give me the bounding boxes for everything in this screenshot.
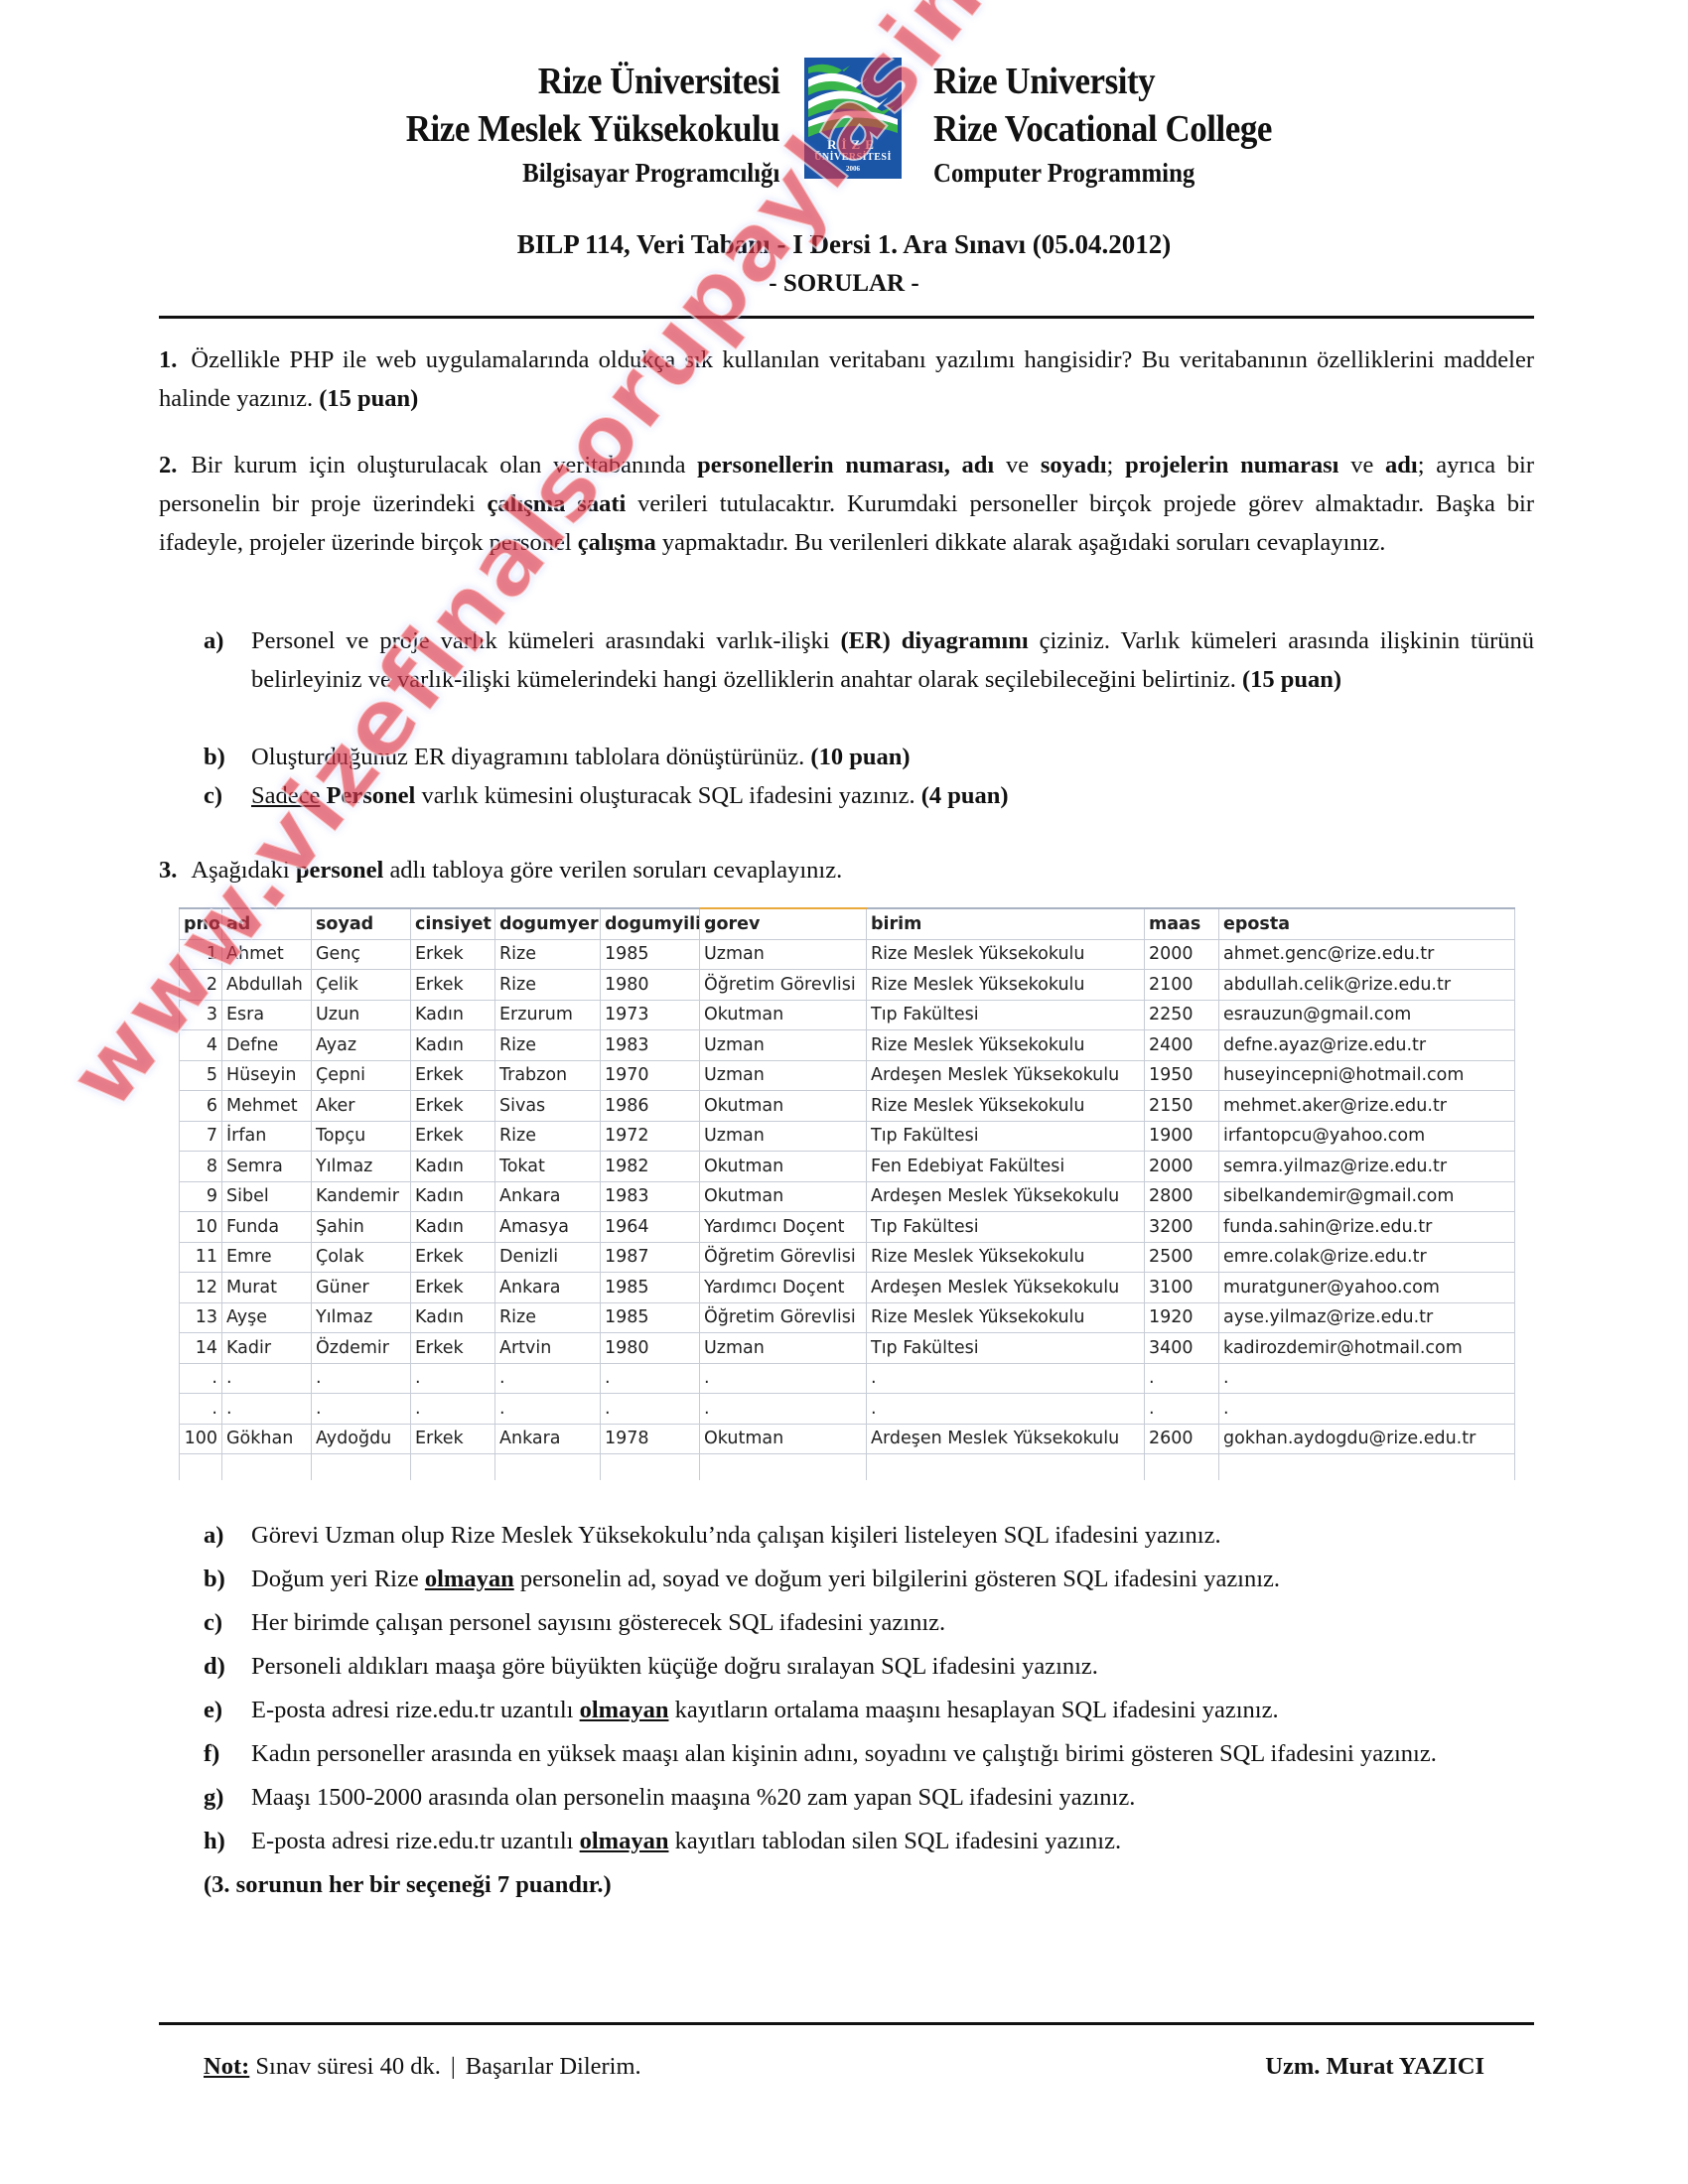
cell-eposta: gokhan.aydogdu@rize.edu.tr	[1219, 1424, 1515, 1454]
cell-pno: .	[180, 1394, 222, 1425]
cell-pno: 10	[180, 1212, 222, 1243]
cell-cinsiyet: Erkek	[411, 1273, 495, 1303]
emphasis-text: olmayan	[425, 1566, 514, 1592]
cell-maas: 1950	[1145, 1060, 1219, 1091]
cell-dogumyeri: Tokat	[495, 1152, 601, 1182]
footer-divider	[159, 2022, 1534, 2025]
question-3: 3.Aşağıdaki personel adlı tabloya göre v…	[159, 851, 1534, 889]
logo-text-universitesi: ÜNİVERSİTESİ	[804, 152, 902, 163]
column-header-cinsiyet: cinsiyet	[411, 908, 495, 939]
question-3-item: a)Görevi Uzman olup Rize Meslek Yüksekok…	[204, 1514, 1534, 1558]
emphasis-text: Personel	[320, 782, 415, 809]
program-name-tr: Bilgisayar Programcılığı	[405, 153, 779, 193]
cell-eposta: .	[1219, 1394, 1515, 1425]
sub-question-label: g)	[204, 1776, 223, 1820]
column-header-gorev: gorev	[700, 908, 867, 939]
sub-question-label: e)	[204, 1689, 222, 1732]
emphasis-text: (ER) diyagramını	[840, 627, 1028, 654]
emphasis-text: projelerin numarası	[1125, 452, 1338, 478]
cell-birim: .	[867, 1394, 1145, 1425]
cell-maas: 2100	[1145, 970, 1219, 1001]
column-header-ad: ad	[222, 908, 312, 939]
exam-subtitle: - SORULAR -	[0, 270, 1688, 298]
cell-cinsiyet: Kadın	[411, 1302, 495, 1333]
cell-pno: 13	[180, 1302, 222, 1333]
table-row: ..........	[180, 1363, 1515, 1394]
cell-eposta: ahmet.genc@rize.edu.tr	[1219, 939, 1515, 970]
cell-cinsiyet: Erkek	[411, 1121, 495, 1152]
question-text: Maaşı 1500-2000 arasında olan personelin…	[251, 1776, 1534, 1820]
note-wish: Başarılar Dilerim.	[466, 2053, 641, 2080]
column-header-eposta: eposta	[1219, 908, 1515, 939]
cell-birim: Rize Meslek Yüksekokulu	[867, 970, 1145, 1001]
question-text: Oluşturduğunuz ER diyagramını tablolara …	[251, 744, 810, 770]
question-points: (15 puan)	[1242, 666, 1341, 693]
cell-ad: Esra	[222, 1000, 312, 1030]
cell-dogumyili: 1985	[601, 939, 700, 970]
column-header-dogumyili: dogumyili	[601, 908, 700, 939]
cell-gorev: Okutman	[700, 1181, 867, 1212]
sub-question-label: f)	[204, 1732, 219, 1776]
question-text: E-posta adresi rize.edu.tr uzantılı olma…	[251, 1820, 1534, 1863]
cell-dogumyili: 1978	[601, 1424, 700, 1454]
cell-ad: Semra	[222, 1152, 312, 1182]
cell-cinsiyet: Erkek	[411, 1424, 495, 1454]
emphasis-text: çalışma	[578, 529, 656, 556]
cell-gorev: Okutman	[700, 1424, 867, 1454]
cell-eposta: huseyincepni@hotmail.com	[1219, 1060, 1515, 1091]
question-2a: a) Personel ve proje varlık kümeleri ara…	[204, 621, 1534, 699]
cell-maas: 3200	[1145, 1212, 1219, 1243]
question-points: (10 puan)	[810, 744, 910, 770]
table-row: 7İrfanTopçuErkekRize1972UzmanTıp Fakülte…	[180, 1121, 1515, 1152]
cell-ad: Mehmet	[222, 1091, 312, 1122]
cell-soyad: Güner	[312, 1273, 411, 1303]
question-text: Personeli aldıkları maaşa göre büyükten …	[251, 1645, 1534, 1689]
cell-cinsiyet: Erkek	[411, 1242, 495, 1273]
cell-gorev: Uzman	[700, 1030, 867, 1061]
question-number: 3.	[159, 857, 177, 884]
cell-dogumyili: 1983	[601, 1030, 700, 1061]
cell-dogumyeri: Amasya	[495, 1212, 601, 1243]
cell-eposta: semra.yilmaz@rize.edu.tr	[1219, 1152, 1515, 1182]
cell-birim: Rize Meslek Yüksekokulu	[867, 1030, 1145, 1061]
question-text: varlık kümesini oluşturacak SQL ifadesin…	[415, 782, 920, 809]
cell-dogumyili: 1970	[601, 1060, 700, 1091]
table-row-empty	[180, 1454, 1515, 1481]
cell-cinsiyet: .	[411, 1394, 495, 1425]
cell-maas: 3400	[1145, 1333, 1219, 1364]
author-name: Uzm. Murat YAZICI	[1265, 2053, 1484, 2081]
table-row: 13AyşeYılmazKadınRize1985Öğretim Görevli…	[180, 1302, 1515, 1333]
university-name-tr: Rize Üniversitesi	[405, 58, 779, 105]
cell-maas: 2800	[1145, 1181, 1219, 1212]
cell-dogumyeri: Sivas	[495, 1091, 601, 1122]
cell-cinsiyet: Kadın	[411, 1000, 495, 1030]
cell-dogumyili: 1980	[601, 1333, 700, 1364]
cell-dogumyeri: Rize	[495, 970, 601, 1001]
table-row: 3EsraUzunKadınErzurum1973OkutmanTıp Fakü…	[180, 1000, 1515, 1030]
cell-pno: 3	[180, 1000, 222, 1030]
question-text: Görevi Uzman olup Rize Meslek Yüksekokul…	[251, 1514, 1534, 1558]
underlined-text: Sadece	[251, 782, 320, 809]
cell-maas: 2000	[1145, 939, 1219, 970]
footer-separator: |	[451, 2053, 456, 2080]
cell-dogumyeri: Rize	[495, 1302, 601, 1333]
cell-pno: 12	[180, 1273, 222, 1303]
question-text: Personel ve proje varlık kümeleri arasın…	[251, 627, 840, 654]
cell-gorev: Okutman	[700, 1152, 867, 1182]
cell-gorev: Okutman	[700, 1091, 867, 1122]
cell-pno: 5	[180, 1060, 222, 1091]
question-points: (15 puan)	[319, 385, 418, 412]
logo-text-rize: RİZE	[804, 137, 902, 153]
emphasis-text: soyadı	[1041, 452, 1107, 478]
question-number: 2.	[159, 452, 177, 478]
cell-cinsiyet: Erkek	[411, 970, 495, 1001]
cell-maas: .	[1145, 1363, 1219, 1394]
table-body: 1AhmetGençErkekRize1985UzmanRize Meslek …	[180, 939, 1515, 1480]
cell-eposta: esrauzun@gmail.com	[1219, 1000, 1515, 1030]
cell-ad: Murat	[222, 1273, 312, 1303]
cell-eposta: ayse.yilmaz@rize.edu.tr	[1219, 1302, 1515, 1333]
document-header: Rize Üniversitesi Rize Meslek Yüksekokul…	[0, 58, 1688, 192]
cell-ad: Emre	[222, 1242, 312, 1273]
cell-dogumyeri: Rize	[495, 939, 601, 970]
question-text: ve	[1338, 452, 1385, 478]
cell-gorev: Öğretim Görevlisi	[700, 1242, 867, 1273]
cell-birim: Ardeşen Meslek Yüksekokulu	[867, 1060, 1145, 1091]
cell-dogumyeri: Ankara	[495, 1181, 601, 1212]
footer-note: Not: Sınav süresi 40 dk.|Başarılar Diler…	[204, 2053, 641, 2081]
cell-birim: Ardeşen Meslek Yüksekokulu	[867, 1273, 1145, 1303]
university-name-en: Rize University	[933, 58, 1272, 105]
cell-birim: Tıp Fakültesi	[867, 1121, 1145, 1152]
cell-cinsiyet: Erkek	[411, 1060, 495, 1091]
question-text: ;	[1107, 452, 1126, 478]
column-header-dogumyeri: dogumyeri	[495, 908, 601, 939]
cell-eposta: emre.colak@rize.edu.tr	[1219, 1242, 1515, 1273]
cell-dogumyeri: Rize	[495, 1030, 601, 1061]
header-english: Rize University Rize Vocational College …	[933, 58, 1302, 193]
cell-dogumyeri: .	[495, 1363, 601, 1394]
question-text: Bir kurum için oluşturulacak olan verita…	[191, 452, 697, 478]
cell-ad: Ayşe	[222, 1302, 312, 1333]
sub-question-label: a)	[204, 621, 223, 660]
cell-ad: Abdullah	[222, 970, 312, 1001]
column-header-maas: maas	[1145, 908, 1219, 939]
emphasis-text: adı	[1385, 452, 1418, 478]
cell-ad: Ahmet	[222, 939, 312, 970]
cell-gorev: Öğretim Görevlisi	[700, 1302, 867, 1333]
cell-cinsiyet: Kadın	[411, 1152, 495, 1182]
cell-soyad: Topçu	[312, 1121, 411, 1152]
table-row: 4DefneAyazKadınRize1983UzmanRize Meslek …	[180, 1030, 1515, 1061]
cell-maas: 3100	[1145, 1273, 1219, 1303]
table-row: 14KadirÖzdemirErkekArtvin1980UzmanTıp Fa…	[180, 1333, 1515, 1364]
cell-pno: 8	[180, 1152, 222, 1182]
cell-maas: 1900	[1145, 1121, 1219, 1152]
question-2b: b) Oluşturduğunuz ER diyagramını tablola…	[204, 738, 1534, 776]
cell-pno: 2	[180, 970, 222, 1001]
header-divider	[159, 316, 1534, 319]
header-turkish: Rize Üniversitesi Rize Meslek Yüksekokul…	[373, 58, 779, 193]
emphasis-text: olmayan	[580, 1828, 669, 1854]
note-label: Not:	[204, 2053, 249, 2080]
points-note: (3. sorunun her bir seçeneği 7 puandır.)	[204, 1863, 1534, 1907]
cell-gorev: .	[700, 1394, 867, 1425]
cell-dogumyili: .	[601, 1363, 700, 1394]
sub-question-label: h)	[204, 1820, 225, 1863]
question-3-item: e)E-posta adresi rize.edu.tr uzantılı ol…	[204, 1689, 1534, 1732]
cell-dogumyili: .	[601, 1394, 700, 1425]
cell-dogumyili: 1973	[601, 1000, 700, 1030]
table-row: 1AhmetGençErkekRize1985UzmanRize Meslek …	[180, 939, 1515, 970]
cell-dogumyeri: Artvin	[495, 1333, 601, 1364]
cell-eposta: sibelkandemir@gmail.com	[1219, 1181, 1515, 1212]
cell-soyad: Ayaz	[312, 1030, 411, 1061]
cell-birim: Rize Meslek Yüksekokulu	[867, 939, 1145, 970]
table-row: 10FundaŞahinKadınAmasya1964Yardımcı Doçe…	[180, 1212, 1515, 1243]
question-2: 2.Bir kurum için oluşturulacak olan veri…	[159, 446, 1534, 562]
cell-birim: Rize Meslek Yüksekokulu	[867, 1091, 1145, 1122]
cell-cinsiyet: Kadın	[411, 1181, 495, 1212]
cell-birim: .	[867, 1363, 1145, 1394]
cell-ad: İrfan	[222, 1121, 312, 1152]
cell-soyad: Aydoğdu	[312, 1424, 411, 1454]
cell-dogumyili: 1987	[601, 1242, 700, 1273]
question-text: Aşağıdaki	[191, 857, 295, 884]
cell-gorev: Uzman	[700, 1333, 867, 1364]
cell-cinsiyet: Kadın	[411, 1212, 495, 1243]
question-3-item: d)Personeli aldıkları maaşa göre büyükte…	[204, 1645, 1534, 1689]
cell-gorev: Uzman	[700, 939, 867, 970]
cell-ad: .	[222, 1363, 312, 1394]
personel-table: pnoadsoyadcinsiyetdogumyeridogumyiligore…	[179, 907, 1515, 1480]
cell-soyad: Çolak	[312, 1242, 411, 1273]
exam-title: BILP 114, Veri Tabanı - I Dersi 1. Ara S…	[0, 226, 1688, 262]
column-header-soyad: soyad	[312, 908, 411, 939]
cell-dogumyili: 1983	[601, 1181, 700, 1212]
cell-soyad: Uzun	[312, 1000, 411, 1030]
cell-eposta: mehmet.aker@rize.edu.tr	[1219, 1091, 1515, 1122]
question-text: Her birimde çalışan personel sayısını gö…	[251, 1601, 1534, 1645]
personel-table-image: pnoadsoyadcinsiyetdogumyeridogumyiligore…	[179, 907, 1514, 1480]
cell-eposta: muratguner@yahoo.com	[1219, 1273, 1515, 1303]
cell-gorev: .	[700, 1363, 867, 1394]
cell-gorev: Uzman	[700, 1060, 867, 1091]
university-logo: RİZE ÜNİVERSİTESİ 2006	[804, 58, 902, 179]
cell-dogumyeri: Ankara	[495, 1424, 601, 1454]
cell-pno: 6	[180, 1091, 222, 1122]
question-points: (4 puan)	[921, 782, 1009, 809]
question-3-item: g)Maaşı 1500-2000 arasında olan personel…	[204, 1776, 1534, 1820]
cell-ad: Defne	[222, 1030, 312, 1061]
table-row: 8SemraYılmazKadınTokat1982OkutmanFen Ede…	[180, 1152, 1515, 1182]
cell-gorev: Öğretim Görevlisi	[700, 970, 867, 1001]
cell-soyad: Şahin	[312, 1212, 411, 1243]
emphasis-text: personellerin numarası, adı	[697, 452, 994, 478]
program-name-en: Computer Programming	[933, 153, 1272, 193]
question-3-item: c)Her birimde çalışan personel sayısını …	[204, 1601, 1534, 1645]
sub-question-label: d)	[204, 1645, 225, 1689]
table-row: 6MehmetAkerErkekSivas1986OkutmanRize Mes…	[180, 1091, 1515, 1122]
cell-soyad: Genç	[312, 939, 411, 970]
table-row: 100GökhanAydoğduErkekAnkara1978OkutmanAr…	[180, 1424, 1515, 1454]
cell-birim: Tıp Fakültesi	[867, 1212, 1145, 1243]
column-header-birim: birim	[867, 908, 1145, 939]
cell-soyad: .	[312, 1394, 411, 1425]
question-3-item: b)Doğum yeri Rize olmayan personelin ad,…	[204, 1558, 1534, 1601]
college-name-tr: Rize Meslek Yüksekokulu	[405, 105, 779, 153]
column-header-pno: pno	[180, 908, 222, 939]
question-text: adlı tabloya göre verilen soruları cevap…	[383, 857, 842, 884]
cell-dogumyeri: .	[495, 1394, 601, 1425]
table-row: 11EmreÇolakErkekDenizli1987Öğretim Görev…	[180, 1242, 1515, 1273]
sub-question-label: c)	[204, 776, 222, 815]
cell-maas: 2500	[1145, 1242, 1219, 1273]
question-text: yapmaktadır. Bu verilenleri dikkate alar…	[656, 529, 1386, 556]
cell-cinsiyet: Erkek	[411, 1333, 495, 1364]
cell-dogumyili: 1964	[601, 1212, 700, 1243]
college-name-en: Rize Vocational College	[933, 105, 1272, 153]
cell-dogumyeri: Erzurum	[495, 1000, 601, 1030]
cell-maas: 2000	[1145, 1152, 1219, 1182]
cell-eposta: .	[1219, 1363, 1515, 1394]
table-row: 5HüseyinÇepniErkekTrabzon1970UzmanArdeşe…	[180, 1060, 1515, 1091]
cell-maas: .	[1145, 1394, 1219, 1425]
cell-maas: 1920	[1145, 1302, 1219, 1333]
sub-question-label: b)	[204, 1558, 225, 1601]
cell-dogumyili: 1972	[601, 1121, 700, 1152]
cell-dogumyili: 1982	[601, 1152, 700, 1182]
question-3-items: a)Görevi Uzman olup Rize Meslek Yüksekok…	[204, 1514, 1534, 1907]
question-text: ve	[994, 452, 1041, 478]
cell-gorev: Okutman	[700, 1000, 867, 1030]
cell-dogumyeri: Rize	[495, 1121, 601, 1152]
table-row: ..........	[180, 1394, 1515, 1425]
cell-pno: 100	[180, 1424, 222, 1454]
cell-cinsiyet: Erkek	[411, 939, 495, 970]
cell-birim: Ardeşen Meslek Yüksekokulu	[867, 1181, 1145, 1212]
cell-cinsiyet: Kadın	[411, 1030, 495, 1061]
cell-ad: Kadir	[222, 1333, 312, 1364]
table-header-row: pnoadsoyadcinsiyetdogumyeridogumyiligore…	[180, 908, 1515, 939]
cell-birim: Fen Edebiyat Fakültesi	[867, 1152, 1145, 1182]
cell-birim: Rize Meslek Yüksekokulu	[867, 1302, 1145, 1333]
cell-ad: Gökhan	[222, 1424, 312, 1454]
question-text: Kadın personeller arasında en yüksek maa…	[251, 1732, 1534, 1776]
emphasis-text: olmayan	[580, 1697, 669, 1723]
cell-eposta: irfantopcu@yahoo.com	[1219, 1121, 1515, 1152]
cell-soyad: Kandemir	[312, 1181, 411, 1212]
cell-eposta: funda.sahin@rize.edu.tr	[1219, 1212, 1515, 1243]
question-1: 1.Özellikle PHP ile web uygulamalarında …	[159, 341, 1534, 418]
cell-soyad: Yılmaz	[312, 1302, 411, 1333]
cell-gorev: Yardımcı Doçent	[700, 1212, 867, 1243]
cell-ad: Sibel	[222, 1181, 312, 1212]
cell-cinsiyet: Erkek	[411, 1091, 495, 1122]
cell-soyad: Aker	[312, 1091, 411, 1122]
table-row: 2AbdullahÇelikErkekRize1980Öğretim Görev…	[180, 970, 1515, 1001]
cell-birim: Ardeşen Meslek Yüksekokulu	[867, 1424, 1145, 1454]
question-2c: c) Sadece Personel varlık kümesini oluşt…	[204, 776, 1534, 815]
cell-ad: .	[222, 1394, 312, 1425]
question-3-item: h)E-posta adresi rize.edu.tr uzantılı ol…	[204, 1820, 1534, 1863]
cell-dogumyeri: Trabzon	[495, 1060, 601, 1091]
cell-soyad: Çepni	[312, 1060, 411, 1091]
cell-pno: 1	[180, 939, 222, 970]
cell-ad: Funda	[222, 1212, 312, 1243]
cell-dogumyili: 1985	[601, 1273, 700, 1303]
cell-gorev: Uzman	[700, 1121, 867, 1152]
cell-pno: 14	[180, 1333, 222, 1364]
cell-pno: .	[180, 1363, 222, 1394]
cell-gorev: Yardımcı Doçent	[700, 1273, 867, 1303]
cell-birim: Rize Meslek Yüksekokulu	[867, 1242, 1145, 1273]
cell-dogumyeri: Denizli	[495, 1242, 601, 1273]
cell-soyad: Özdemir	[312, 1333, 411, 1364]
cell-maas: 2150	[1145, 1091, 1219, 1122]
cell-pno: 11	[180, 1242, 222, 1273]
cell-dogumyeri: Ankara	[495, 1273, 601, 1303]
emphasis-text: personel	[296, 857, 383, 884]
cell-birim: Tıp Fakültesi	[867, 1333, 1145, 1364]
table-row: 12MuratGünerErkekAnkara1985Yardımcı Doçe…	[180, 1273, 1515, 1303]
cell-pno: 7	[180, 1121, 222, 1152]
cell-dogumyili: 1986	[601, 1091, 700, 1122]
question-text: E-posta adresi rize.edu.tr uzantılı olma…	[251, 1689, 1534, 1732]
cell-dogumyili: 1985	[601, 1302, 700, 1333]
cell-eposta: kadirozdemir@hotmail.com	[1219, 1333, 1515, 1364]
sub-question-label: b)	[204, 738, 225, 776]
cell-soyad: Çelik	[312, 970, 411, 1001]
cell-dogumyili: 1980	[601, 970, 700, 1001]
cell-pno: 9	[180, 1181, 222, 1212]
question-text: Doğum yeri Rize olmayan personelin ad, s…	[251, 1558, 1534, 1601]
note-duration: Sınav süresi 40 dk.	[249, 2053, 441, 2080]
cell-eposta: abdullah.celik@rize.edu.tr	[1219, 970, 1515, 1001]
cell-eposta: defne.ayaz@rize.edu.tr	[1219, 1030, 1515, 1061]
logo-text-year: 2006	[804, 165, 902, 173]
cell-ad: Hüseyin	[222, 1060, 312, 1091]
question-number: 1.	[159, 346, 177, 373]
cell-birim: Tıp Fakültesi	[867, 1000, 1145, 1030]
cell-maas: 2600	[1145, 1424, 1219, 1454]
cell-cinsiyet: .	[411, 1363, 495, 1394]
cell-maas: 2250	[1145, 1000, 1219, 1030]
sub-question-label: c)	[204, 1601, 222, 1645]
emphasis-text: çalışma saati	[488, 490, 627, 517]
cell-maas: 2400	[1145, 1030, 1219, 1061]
sub-question-label: a)	[204, 1514, 223, 1558]
cell-soyad: Yılmaz	[312, 1152, 411, 1182]
cell-soyad: .	[312, 1363, 411, 1394]
question-3-item: f)Kadın personeller arasında en yüksek m…	[204, 1732, 1534, 1776]
cell-pno: 4	[180, 1030, 222, 1061]
table-row: 9SibelKandemirKadınAnkara1983OkutmanArde…	[180, 1181, 1515, 1212]
